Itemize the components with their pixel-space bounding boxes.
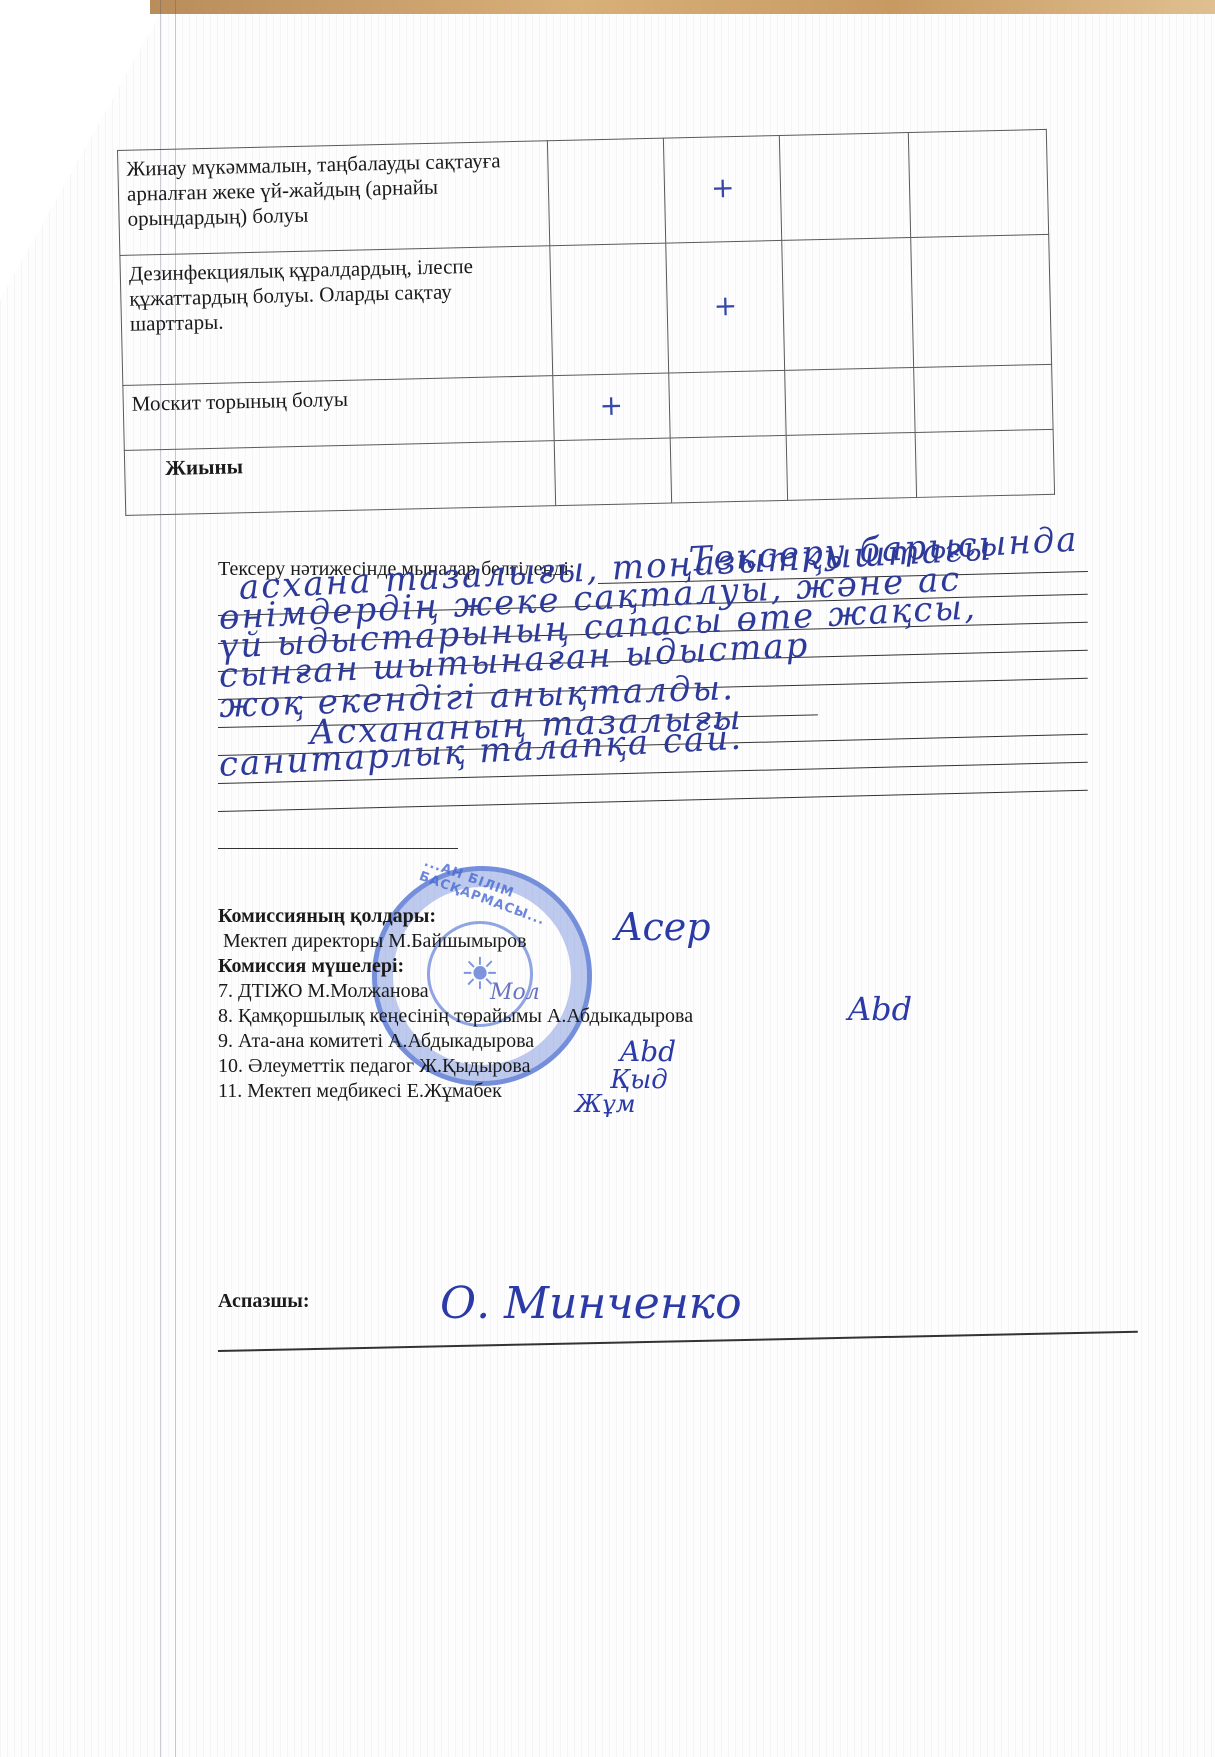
mark-cell xyxy=(911,234,1052,367)
member-signature: Abd xyxy=(848,990,912,1028)
member-signature: Жұм xyxy=(575,1090,636,1118)
inspection-table: Жинау мүкәммалын, таңбалауды сақтауға ар… xyxy=(117,129,1055,516)
mark-cell: + xyxy=(663,135,782,243)
mark-cell: + xyxy=(666,240,785,373)
cook-signature: О. Минченко xyxy=(440,1278,742,1329)
mark-cell xyxy=(782,238,914,371)
criterion-cell: Москит торының болуы xyxy=(123,376,554,451)
total-label: Жиыны xyxy=(124,441,555,516)
mark-cell: + xyxy=(552,373,670,441)
member-signature: Abd xyxy=(620,1035,676,1068)
cook-label: Аспазшы: xyxy=(218,1290,310,1313)
ruled-line xyxy=(218,848,458,849)
mark-cell xyxy=(550,243,669,376)
mark-cell xyxy=(554,438,672,506)
member-line: 11. Мектеп медбикесі Е.Жұмабек xyxy=(218,1080,502,1103)
mark-cell xyxy=(914,364,1053,432)
mark-cell xyxy=(787,432,917,500)
mark-cell xyxy=(908,129,1048,237)
wood-surface xyxy=(150,0,1215,14)
director-signature: Acep xyxy=(615,905,711,949)
mark-cell xyxy=(785,367,915,435)
member-line: 8. Қамқоршылық кеңесінің төрайымы А.Абды… xyxy=(218,1005,693,1028)
mark-cell xyxy=(669,370,787,438)
official-stamp: ...АН БІЛІМ БАСҚАРМАСЫ... ☀ xyxy=(372,866,592,1086)
criterion-cell: Дезинфекциялық құралдардың, ілеспе құжат… xyxy=(120,246,553,386)
member-line: 7. ДТІЖО М.Молжанова xyxy=(218,980,429,1003)
criterion-cell: Жинау мүкәммалын, таңбалауды сақтауға ар… xyxy=(118,141,550,256)
mark-cell xyxy=(780,133,911,241)
director-line: Мектеп директоры М.Байшымыров xyxy=(223,930,527,953)
member-line: 9. Ата-ана комитеті А.Абдыкадырова xyxy=(218,1030,534,1053)
mark-cell xyxy=(915,429,1054,497)
mark-cell xyxy=(547,138,666,246)
member-signature: Мол xyxy=(490,980,540,1005)
table-row: Дезинфекциялық құралдардың, ілеспе құжат… xyxy=(120,234,1052,385)
mark-cell xyxy=(670,435,788,503)
member-line: 10. Әлеуметтік педагог Ж.Қыдырова xyxy=(218,1055,530,1078)
commission-members-label: Комиссия мүшелері: xyxy=(218,955,404,978)
commission-heads-label: Комиссияның қолдары: xyxy=(218,905,436,928)
